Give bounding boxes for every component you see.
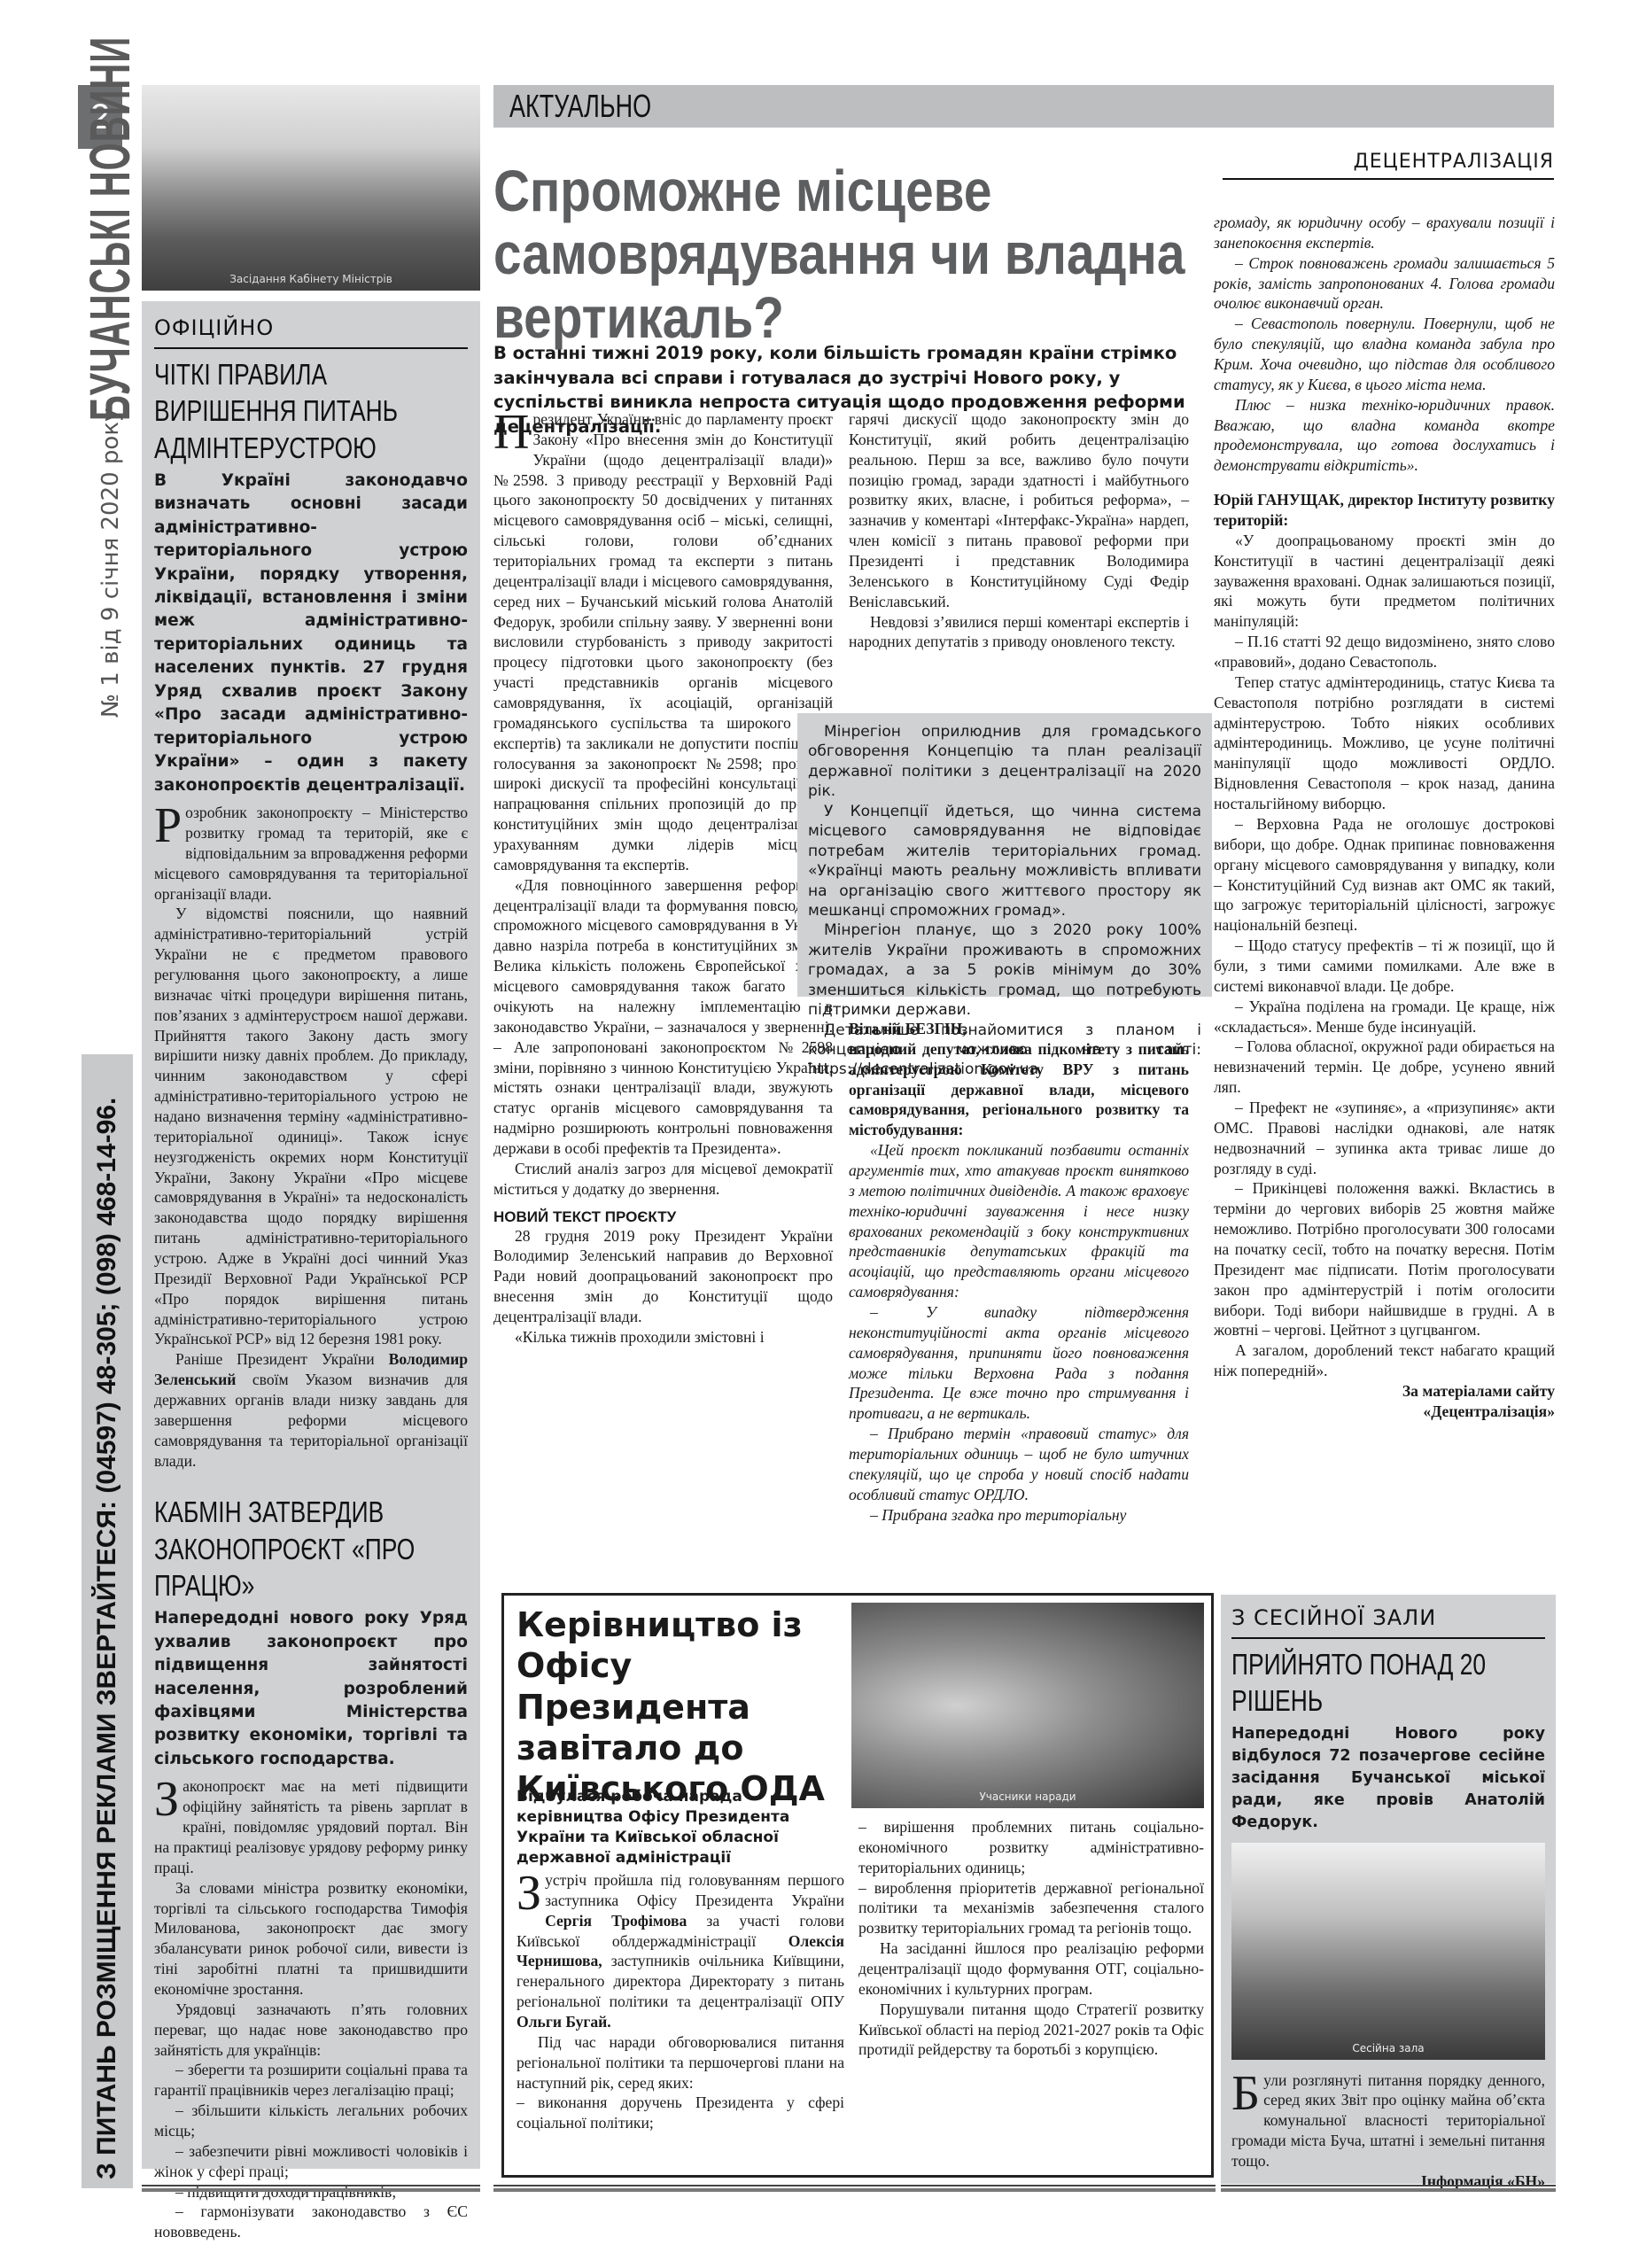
article-title: ЧІТКІ ПРАВИЛА ВИРІШЕННЯ ПИТАНЬ АДМІНТЕРУ… — [154, 356, 468, 466]
subheading: НОВИЙ ТЕКСТ ПРОЄКТУ — [493, 1208, 833, 1226]
list-item: – зберегти та розширити соціальні права … — [154, 2060, 468, 2101]
session-article: З СЕСІЙНОЇ ЗАЛИ ПРИЙНЯТО ПОНАД 20 РІШЕНЬ… — [1221, 1595, 1556, 2184]
source-credit: «Децентралізація» — [1214, 1402, 1555, 1422]
article-body: Розробник законопроєкту – Міністерство р… — [154, 803, 468, 1471]
main-headline: Спроможне місцеве самоврядування чи влад… — [493, 159, 1202, 349]
list-item: – гармонізувати законодавство з ЄС новов… — [154, 2202, 468, 2242]
kyiv-column-1: Зустріч пройшла під головуванням першого… — [517, 1870, 844, 2133]
divider — [493, 2185, 1216, 2192]
source-credit: За матеріалами сайту — [1214, 1381, 1555, 1402]
list-item: – вироблення пріоритетів державної регіо… — [858, 1878, 1204, 1939]
main-column-1: Президент України вніс до парламенту про… — [493, 409, 833, 1348]
newspaper-name: БУЧАНСЬКІ НОВИНИ — [80, 102, 144, 421]
subsection-label: ДЕЦЕНТРАЛІЗАЦІЯ — [1223, 151, 1554, 180]
meeting-photo: Учасники наради — [851, 1603, 1204, 1808]
article-lead: Напередодні Нового року відбулося 72 поз… — [1231, 1723, 1545, 1834]
drop-cap: Р — [154, 806, 182, 845]
article-body: Законопроєкт має на меті підвищити офіці… — [154, 1776, 468, 2242]
article-title: ПРИЙНЯТО ПОНАД 20 РІШЕНЬ — [1231, 1646, 1545, 1720]
article-lead: В Україні законодавчо визначать основні … — [154, 470, 468, 797]
speaker-name: Юрій ГАНУЩАК, директор Інституту розвитк… — [1214, 490, 1555, 531]
rubric-official: ОФІЦІЙНО — [154, 315, 468, 349]
list-item: – збільшити кількість легальних робочих … — [154, 2101, 468, 2141]
ad-contact-line: З ПИТАНЬ РОЗМІЩЕННЯ РЕКЛАМИ ЗВЕРТАЙТЕСЯ:… — [82, 1054, 133, 2188]
list-item: – виконання доручень Президента у сфері … — [517, 2093, 844, 2133]
drop-cap: П — [493, 413, 529, 452]
official-section: ОФІЦІЙНО ЧІТКІ ПРАВИЛА ВИРІШЕННЯ ПИТАНЬ … — [142, 301, 480, 2169]
article-body: Були розглянуті питання порядку денного,… — [1231, 2070, 1545, 2192]
main-column-2: гарячі дискусії щодо законопроєкту змін … — [849, 409, 1189, 652]
left-column: Засідання Кабінету Міністрів ОФІЦІЙНО ЧІ… — [142, 85, 480, 2169]
rubric-session: З СЕСІЙНОЇ ЗАЛИ — [1231, 1605, 1545, 1639]
kyiv-column-2: – вирішення проблемних питань соціально-… — [858, 1817, 1204, 2060]
article-title: КАБМІН ЗАТВЕРДИВ ЗАКОНОПРОЄКТ «ПРО ПРАЦЮ… — [154, 1494, 468, 1604]
article-lead: Відбулася робоча нарада керівництва Офіс… — [517, 1787, 844, 1868]
list-item: – забезпечити рівні можливості чоловіків… — [154, 2141, 468, 2182]
drop-cap: З — [154, 1780, 179, 1819]
divider — [1221, 2185, 1556, 2192]
drop-cap: Б — [1231, 2074, 1260, 2113]
session-hall-photo: Сесійна зала — [1231, 1843, 1545, 2060]
main-column-3: громаду, як юридичну особу – врахували п… — [1214, 213, 1555, 1422]
list-item: – вирішення проблемних питань соціально-… — [858, 1817, 1204, 1878]
drop-cap: З — [517, 1874, 541, 1913]
main-column-2-quote: Віталій БЕЗГІН, народний депутат, голова… — [849, 1019, 1189, 1525]
minregion-infobox: Мінрегіон оприлюднив для громадського об… — [797, 713, 1212, 997]
divider — [142, 2185, 480, 2192]
kyiv-oda-article: Керівництво із Офісу Президента завітало… — [501, 1593, 1214, 2178]
article-lead: Напередодні нового року Уряд ухвалив зак… — [154, 1607, 468, 1771]
article-title: Керівництво із Офісу Президента завітало… — [517, 1604, 844, 1810]
cabinet-meeting-photo: Засідання Кабінету Міністрів — [142, 85, 480, 291]
issue-date: № 1 від 9 січня 2020 року — [97, 408, 124, 718]
section-header: АКТУАЛЬНО — [493, 85, 1554, 128]
